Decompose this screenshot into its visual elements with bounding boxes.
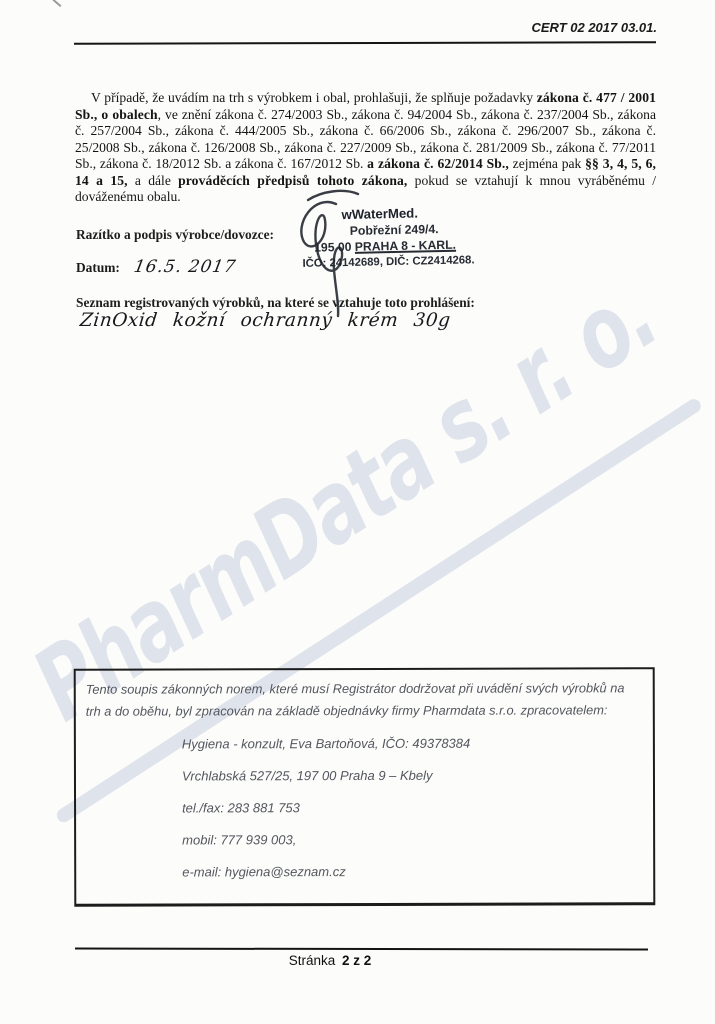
stamp-signature-label: Razítko a podpis výrobce/dovozce: bbox=[76, 227, 274, 243]
contact-telfax: tel./fax: 283 881 753 bbox=[182, 799, 641, 815]
page-number: Stránka 2 z 2 bbox=[75, 953, 585, 968]
handwritten-product-entry: ZinOxid kožní ochranný krém 30g bbox=[79, 310, 452, 331]
law-reference-bold: a zákona č. 62/2014 Sb., bbox=[367, 156, 509, 171]
document-code: CERT 02 2017 03.01. bbox=[531, 20, 657, 35]
contact-address: Vrchlabská 527/25, 197 00 Praha 9 – Kbel… bbox=[182, 767, 641, 783]
footer-divider-line bbox=[75, 947, 648, 950]
page-word: Stránka bbox=[289, 953, 336, 968]
page-count: 2 z 2 bbox=[342, 953, 371, 968]
scanned-document-page: PharmData s. r. o. CERT 02 2017 03.01. V… bbox=[0, 0, 715, 1024]
handwritten-signature bbox=[288, 186, 378, 321]
scan-artifact bbox=[53, 0, 62, 7]
declaration-text: zejména pak bbox=[509, 156, 585, 171]
info-box-intro: Tento soupis zákonných norem, které musí… bbox=[86, 677, 641, 722]
contact-company: Hygiena - konzult, Eva Bartoňová, IČO: 4… bbox=[182, 735, 641, 751]
contact-mobile: mobil: 777 939 003, bbox=[182, 831, 641, 847]
declaration-text: V případě, že uvádím na trh s výrobkem i… bbox=[91, 90, 537, 105]
declaration-text: a dále bbox=[128, 173, 178, 188]
handwritten-date: 16.5. 2017 bbox=[132, 257, 237, 277]
processor-info-box: Tento soupis zákonných norem, které musí… bbox=[74, 667, 656, 907]
date-row: Datum: 16.5. 2017 bbox=[76, 257, 236, 277]
header-divider-line bbox=[74, 41, 656, 45]
contact-email: e-mail: hygiena@seznam.cz bbox=[182, 863, 641, 879]
date-label: Datum: bbox=[76, 260, 120, 275]
registered-products-label: Seznam registrovaných výrobků, na které … bbox=[76, 295, 475, 311]
